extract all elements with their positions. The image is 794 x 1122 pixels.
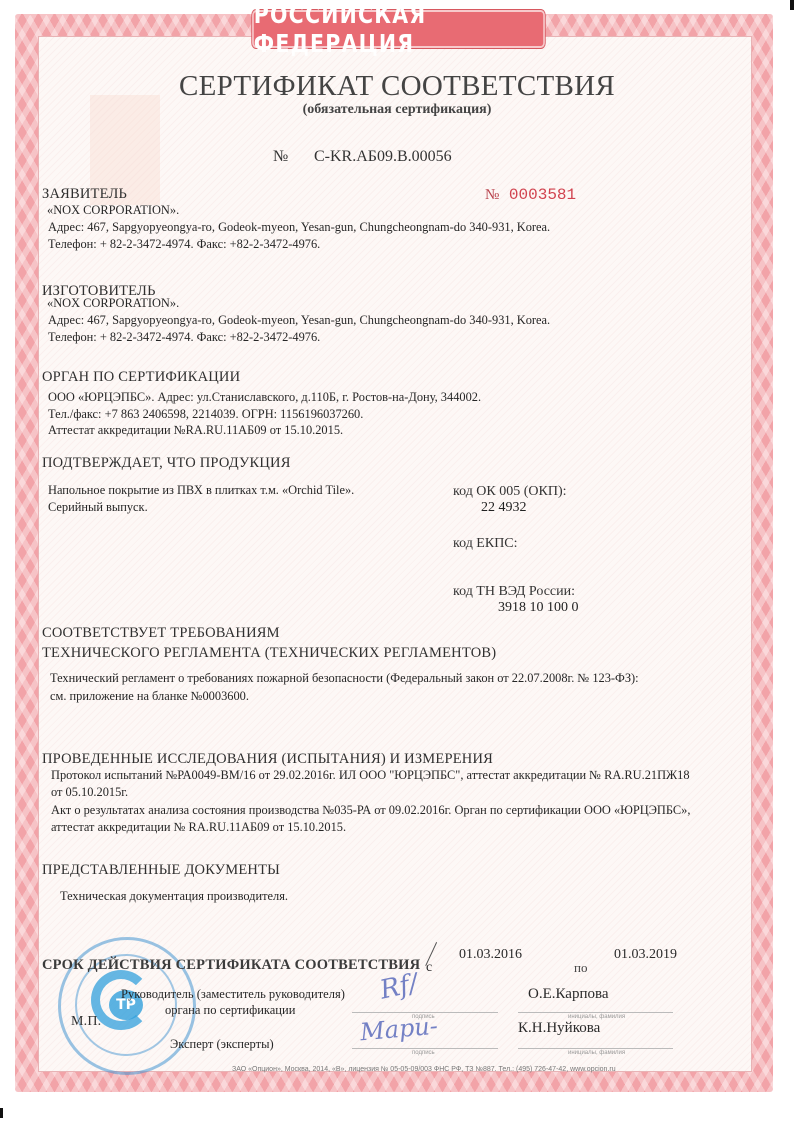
compliance-heading-1: СООТВЕТСТВУЕТ ТРЕБОВАНИЯМ: [42, 625, 280, 642]
ekps-code-label: код ЕКПС:: [453, 536, 518, 552]
head-signature-line: [352, 1012, 498, 1013]
tnved-code-label: код ТН ВЭД России:: [453, 584, 575, 600]
compliance-line1: Технический регламент о требованиях пожа…: [50, 671, 639, 686]
tests-line4: аттестат аккредитации № RA.RU.11АБ09 от …: [51, 820, 346, 835]
validity-to-label: по: [574, 960, 587, 976]
validity-from-date: 01.03.2016: [459, 947, 522, 963]
scan-mark: [0, 1108, 3, 1118]
certification-body-line1: ООО «ЮРЦЭПБС». Адрес: ул.Станиславского,…: [48, 390, 481, 405]
applicant-address: Адрес: 467, Sapgyopyeongya-ro, Godeok-my…: [48, 220, 550, 235]
applicant-name: «NOX CORPORATION».: [47, 203, 179, 218]
tests-heading: ПРОВЕДЕННЫЕ ИССЛЕДОВАНИЯ (ИСПЫТАНИЯ) И И…: [42, 751, 493, 768]
stamp-place-label: М.П.: [71, 1014, 101, 1030]
product-line2: Серийный выпуск.: [48, 500, 148, 515]
applicant-heading: ЗАЯВИТЕЛЬ: [42, 186, 127, 203]
okp-code-label: код ОК 005 (ОКП):: [453, 484, 567, 500]
cert-number: C-KR.АБ09.В.00056: [314, 148, 452, 166]
compliance-line2: см. приложение на бланке №0003600.: [50, 689, 249, 704]
head-name: О.Е.Карпова: [528, 986, 609, 1003]
head-name-line: [518, 1012, 673, 1013]
certification-body-line3: Аттестат аккредитации №RA.RU.11АБ09 от 1…: [48, 423, 343, 438]
manufacturer-name: «NOX CORPORATION».: [47, 296, 179, 311]
validity-heading: СРОК ДЕЙСТВИЯ СЕРТИФИКАТА СООТВЕТСТВИЯ: [42, 957, 420, 974]
blank-number-symbol: №: [485, 187, 499, 203]
product-line1: Напольное покрытие из ПВХ в плитках т.м.…: [48, 483, 354, 498]
compliance-heading-2: ТЕХНИЧЕСКОГО РЕГЛАМЕНТА (ТЕХНИЧЕСКИХ РЕГ…: [42, 645, 496, 662]
expert-signature-line: [352, 1048, 498, 1049]
expert-name-line: [518, 1048, 673, 1049]
blank-number: № 0003581: [485, 186, 576, 204]
document-subtitle: (обязательная сертификация): [0, 102, 794, 118]
documents-heading: ПРЕДСТАВЛЕННЫЕ ДОКУМЕНТЫ: [42, 862, 280, 879]
manufacturer-phone: Телефон: + 82-2-3472-4974. Факс: +82-2-3…: [48, 330, 320, 345]
applicant-phone: Телефон: + 82-2-3472-4974. Факс: +82-2-3…: [48, 237, 320, 252]
head-label-line1: Руководитель (заместитель руководителя): [121, 987, 345, 1002]
document-title: СЕРТИФИКАТ СООТВЕТСТВИЯ: [0, 70, 794, 103]
scan-mark: [790, 0, 794, 10]
validity-to-date: 01.03.2019: [614, 947, 677, 963]
tests-line3: Акт о результатах анализа состояния прои…: [51, 803, 690, 818]
expert-label: Эксперт (эксперты): [170, 1037, 274, 1052]
printer-info: ЗАО «Опцион», Москва, 2014, «В», лицензи…: [232, 1066, 616, 1073]
okp-code-value: 22 4932: [481, 500, 527, 516]
head-label-line2: органа по сертификации: [165, 1003, 295, 1018]
documents-line1: Техническая документация производителя.: [60, 889, 288, 904]
cert-number-symbol: №: [273, 148, 288, 166]
country-banner: РОССИЙСКАЯ ФЕДЕРАЦИЯ: [252, 10, 545, 48]
certification-body-heading: ОРГАН ПО СЕРТИФИКАЦИИ: [42, 369, 240, 386]
expert-name: К.Н.Нуйкова: [518, 1020, 600, 1037]
tests-line1: Протокол испытаний №РА0049-ВМ/16 от 29.0…: [51, 768, 690, 783]
head-signature-caption: подпись: [412, 1014, 435, 1020]
tests-line2: от 05.10.2015г.: [51, 785, 128, 800]
expert-signature-caption: подпись: [412, 1050, 435, 1056]
manufacturer-address: Адрес: 467, Sapgyopyeongya-ro, Godeok-my…: [48, 313, 550, 328]
blank-number-value: 0003581: [509, 186, 576, 204]
certification-body-line2: Тел./факс: +7 863 2406598, 2214039. ОГРН…: [48, 407, 363, 422]
expert-name-caption: инициалы, фамилия: [568, 1050, 625, 1056]
tnved-code-value: 3918 10 100 0: [498, 600, 579, 616]
product-heading: ПОДТВЕРЖДАЕТ, ЧТО ПРОДУКЦИЯ: [42, 455, 291, 472]
